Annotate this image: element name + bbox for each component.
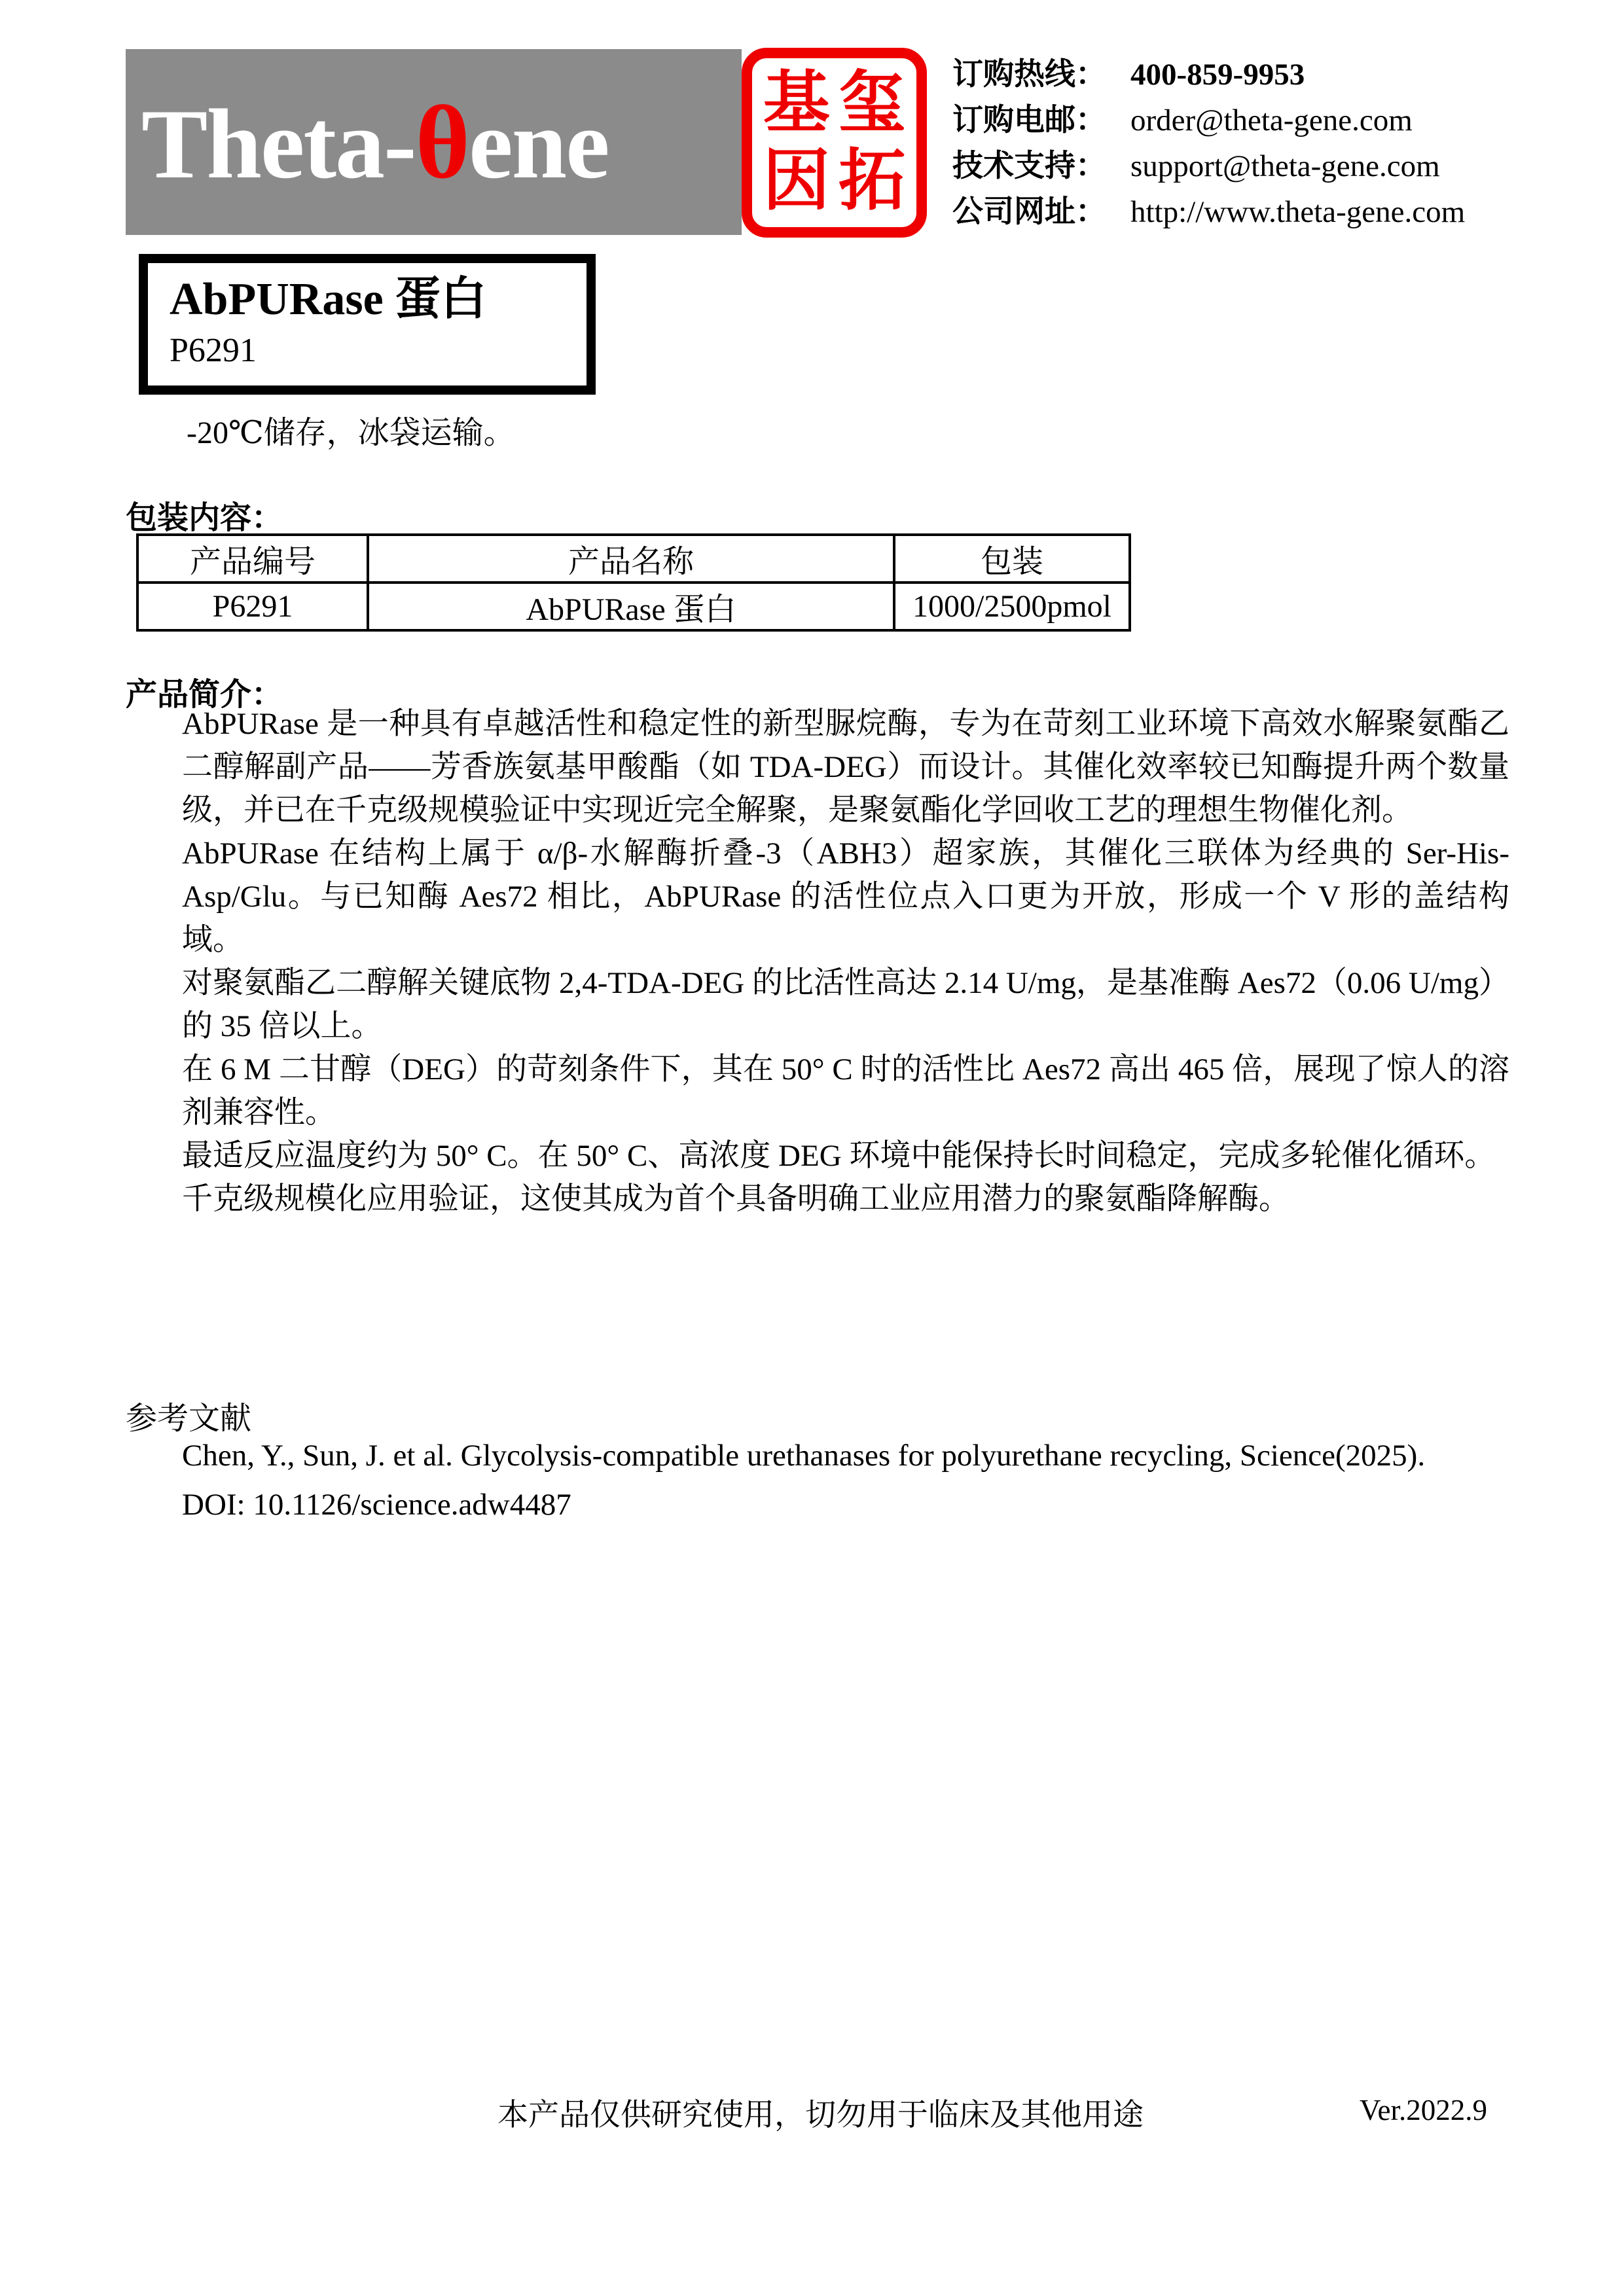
contact-line-hotline: 订购热线： 400-859-9953 bbox=[952, 51, 1542, 97]
product-title-box: AbPURase 蛋白 P6291 bbox=[139, 254, 596, 395]
intro-paragraph: 最适反应温度约为 50° C。在 50° C、高浓度 DEG 环境中能保持长时间… bbox=[182, 1134, 1509, 1177]
header-product-code: 产品编号 bbox=[137, 535, 368, 583]
hotline-label: 订购热线： bbox=[952, 51, 1130, 97]
storage-note: -20℃储存，冰袋运输。 bbox=[187, 407, 515, 452]
stamp-char: 玺 bbox=[839, 71, 905, 137]
product-code: P6291 bbox=[170, 331, 586, 371]
logo-wordmark: Theta-θene bbox=[141, 90, 609, 194]
website-url: http://www.theta-gene.com bbox=[1130, 189, 1465, 235]
order-email-label: 订购电邮： bbox=[952, 97, 1130, 143]
intro-paragraph: 千克级规模化应用验证，这使其成为首个具备明确工业应用潜力的聚氨酯降解酶。 bbox=[182, 1177, 1509, 1221]
contact-line-support-email: 技术支持： support@theta-gene.com bbox=[952, 143, 1542, 188]
stamp-char: 拓 bbox=[839, 149, 905, 215]
intro-paragraph: 在 6 M 二甘醇（DEG）的苛刻条件下，其在 50° C 时的活性比 Aes7… bbox=[182, 1048, 1509, 1134]
header-package-size: 包装 bbox=[894, 535, 1130, 583]
reference-doi: DOI: 10.1126/science.adw4487 bbox=[182, 1480, 1509, 1530]
support-email-address: support@theta-gene.com bbox=[1130, 143, 1440, 189]
intro-paragraph: 对聚氨酯乙二醇解关键底物 2,4-TDA-DEG 的比活性高达 2.14 U/m… bbox=[182, 961, 1509, 1048]
intro-paragraphs: AbPURase 是一种具有卓越活性和稳定性的新型脲烷酶，专为在苛刻工业环境下高… bbox=[182, 702, 1509, 1221]
footer-version: Ver.2022.9 bbox=[1360, 2093, 1487, 2127]
company-logo: Theta-θene bbox=[126, 49, 742, 235]
cell-product-name: AbPURase 蛋白 bbox=[368, 583, 894, 630]
intro-paragraph: AbPURase 是一种具有卓越活性和稳定性的新型脲烷酶，专为在苛刻工业环境下高… bbox=[182, 702, 1509, 832]
cell-package-size: 1000/2500pmol bbox=[894, 583, 1130, 630]
product-title: AbPURase 蛋白 bbox=[170, 274, 586, 327]
company-seal-stamp: 基 玺 因 拓 bbox=[742, 48, 927, 238]
theta-glyph: θ bbox=[416, 84, 469, 200]
contact-line-order-email: 订购电邮： order@theta-gene.com bbox=[952, 97, 1542, 143]
cell-product-code: P6291 bbox=[137, 583, 368, 630]
hotline-number: 400-859-9953 bbox=[1130, 52, 1305, 98]
website-label: 公司网址： bbox=[952, 188, 1130, 234]
logo-suffix: ene bbox=[469, 89, 608, 199]
footer-disclaimer: 本产品仅供研究使用，切勿用于临床及其他用途 bbox=[497, 2090, 1144, 2134]
package-table-row: P6291 AbPURase 蛋白 1000/2500pmol bbox=[137, 583, 1130, 630]
package-table-header-row: 产品编号 产品名称 包装 bbox=[137, 535, 1130, 583]
intro-paragraph: AbPURase 在结构上属于 α/β-水解酶折叠-3（ABH3）超家族，其催化… bbox=[182, 832, 1509, 961]
order-email-address: order@theta-gene.com bbox=[1130, 98, 1413, 143]
contact-line-website: 公司网址： http://www.theta-gene.com bbox=[952, 188, 1542, 234]
stamp-char: 因 bbox=[763, 149, 830, 215]
reference-list: Chen, Y., Sun, J. et al. Glycolysis-comp… bbox=[182, 1431, 1509, 1530]
contact-block: 订购热线： 400-859-9953 订购电邮： order@theta-gen… bbox=[952, 51, 1542, 234]
package-heading: 包装内容： bbox=[126, 492, 283, 537]
support-email-label: 技术支持： bbox=[952, 143, 1130, 188]
header-product-name: 产品名称 bbox=[368, 535, 894, 583]
stamp-char: 基 bbox=[763, 71, 830, 137]
datasheet-page: Theta-θene 基 玺 因 拓 订购热线： 400-859-9953 订购… bbox=[0, 0, 1624, 2296]
reference-citation: Chen, Y., Sun, J. et al. Glycolysis-comp… bbox=[182, 1431, 1509, 1480]
package-table: 产品编号 产品名称 包装 P6291 AbPURase 蛋白 1000/2500… bbox=[136, 533, 1131, 632]
logo-prefix: Theta- bbox=[141, 89, 416, 199]
